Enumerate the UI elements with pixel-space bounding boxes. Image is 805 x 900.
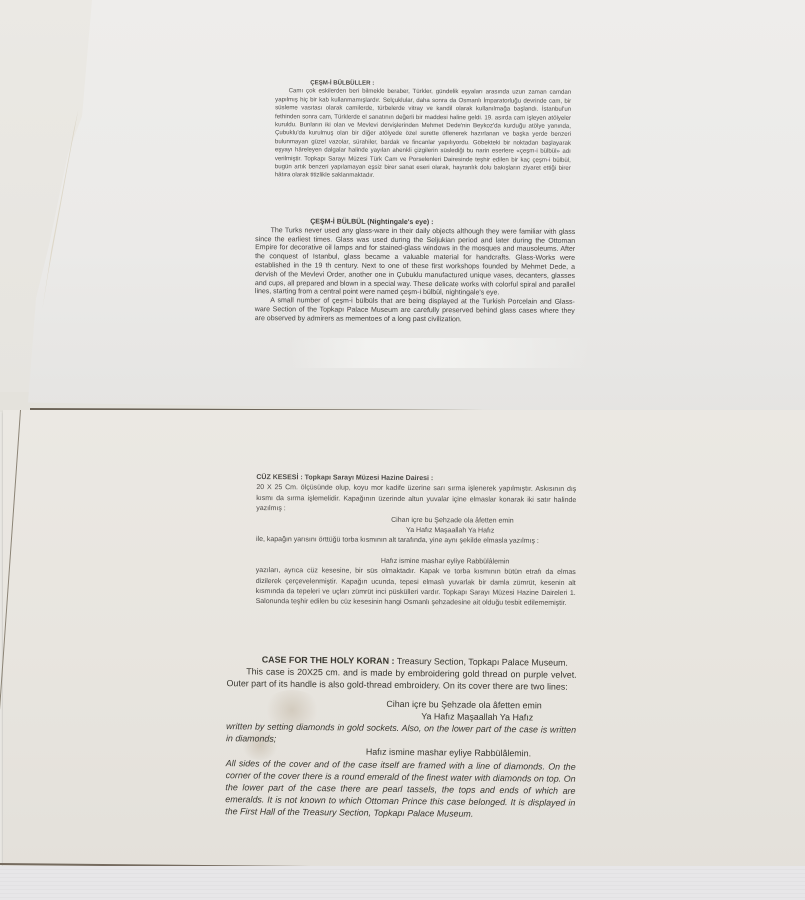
light-glare: [290, 338, 590, 368]
section-body: Camı çok eskilerden beri bilmekle berabe…: [275, 88, 571, 182]
section-subheading: Treasury Section, Topkapı Palace Museum.: [397, 656, 568, 668]
section-paragraph: ile, kapağın yarısını örttüğü torba kısm…: [256, 535, 576, 547]
verse-line: Cihan içre bu Şehzade ola âfetten emin: [386, 697, 576, 711]
english-description-glass: ÇEŞM-İ BÜLBÜL (Nightingale's eye) : The …: [255, 218, 576, 325]
section-paragraph: written by setting diamonds in gold sock…: [226, 720, 576, 748]
section-paragraph: yazıları, ayrıca cüz kesesine, bir süs o…: [256, 566, 576, 610]
section-heading: CASE FOR THE HOLY KORAN :: [262, 655, 395, 666]
turkish-description-glass: ÇEŞM-İ BÜLBÜLLER : Camı çok eskilerden b…: [275, 79, 572, 181]
turkish-description-koran-case: CÜZ KESESİ : Topkapı Sarayı Müzesi Hazin…: [256, 473, 577, 610]
table-surface: [0, 866, 805, 900]
section-paragraph: 20 X 25 Cm. ölçüsünde olup, koyu mor kad…: [256, 483, 576, 516]
section-heading: CÜZ KESESİ :: [256, 474, 302, 481]
english-description-koran-case: CASE FOR THE HOLY KORAN : Treasury Secti…: [225, 653, 577, 821]
section-paragraph: All sides of the cover and of the case i…: [225, 757, 576, 822]
section-paragraph: This case is 20X25 cm. and is made by em…: [226, 665, 576, 693]
section-paragraph: A small number of çeşm-i bülbüls that ar…: [255, 297, 575, 325]
section-paragraph: The Turks never used any glass-ware in t…: [255, 227, 575, 299]
section-subheading: Topkapı Sarayı Müzesi Hazine Dairesi :: [305, 474, 434, 482]
